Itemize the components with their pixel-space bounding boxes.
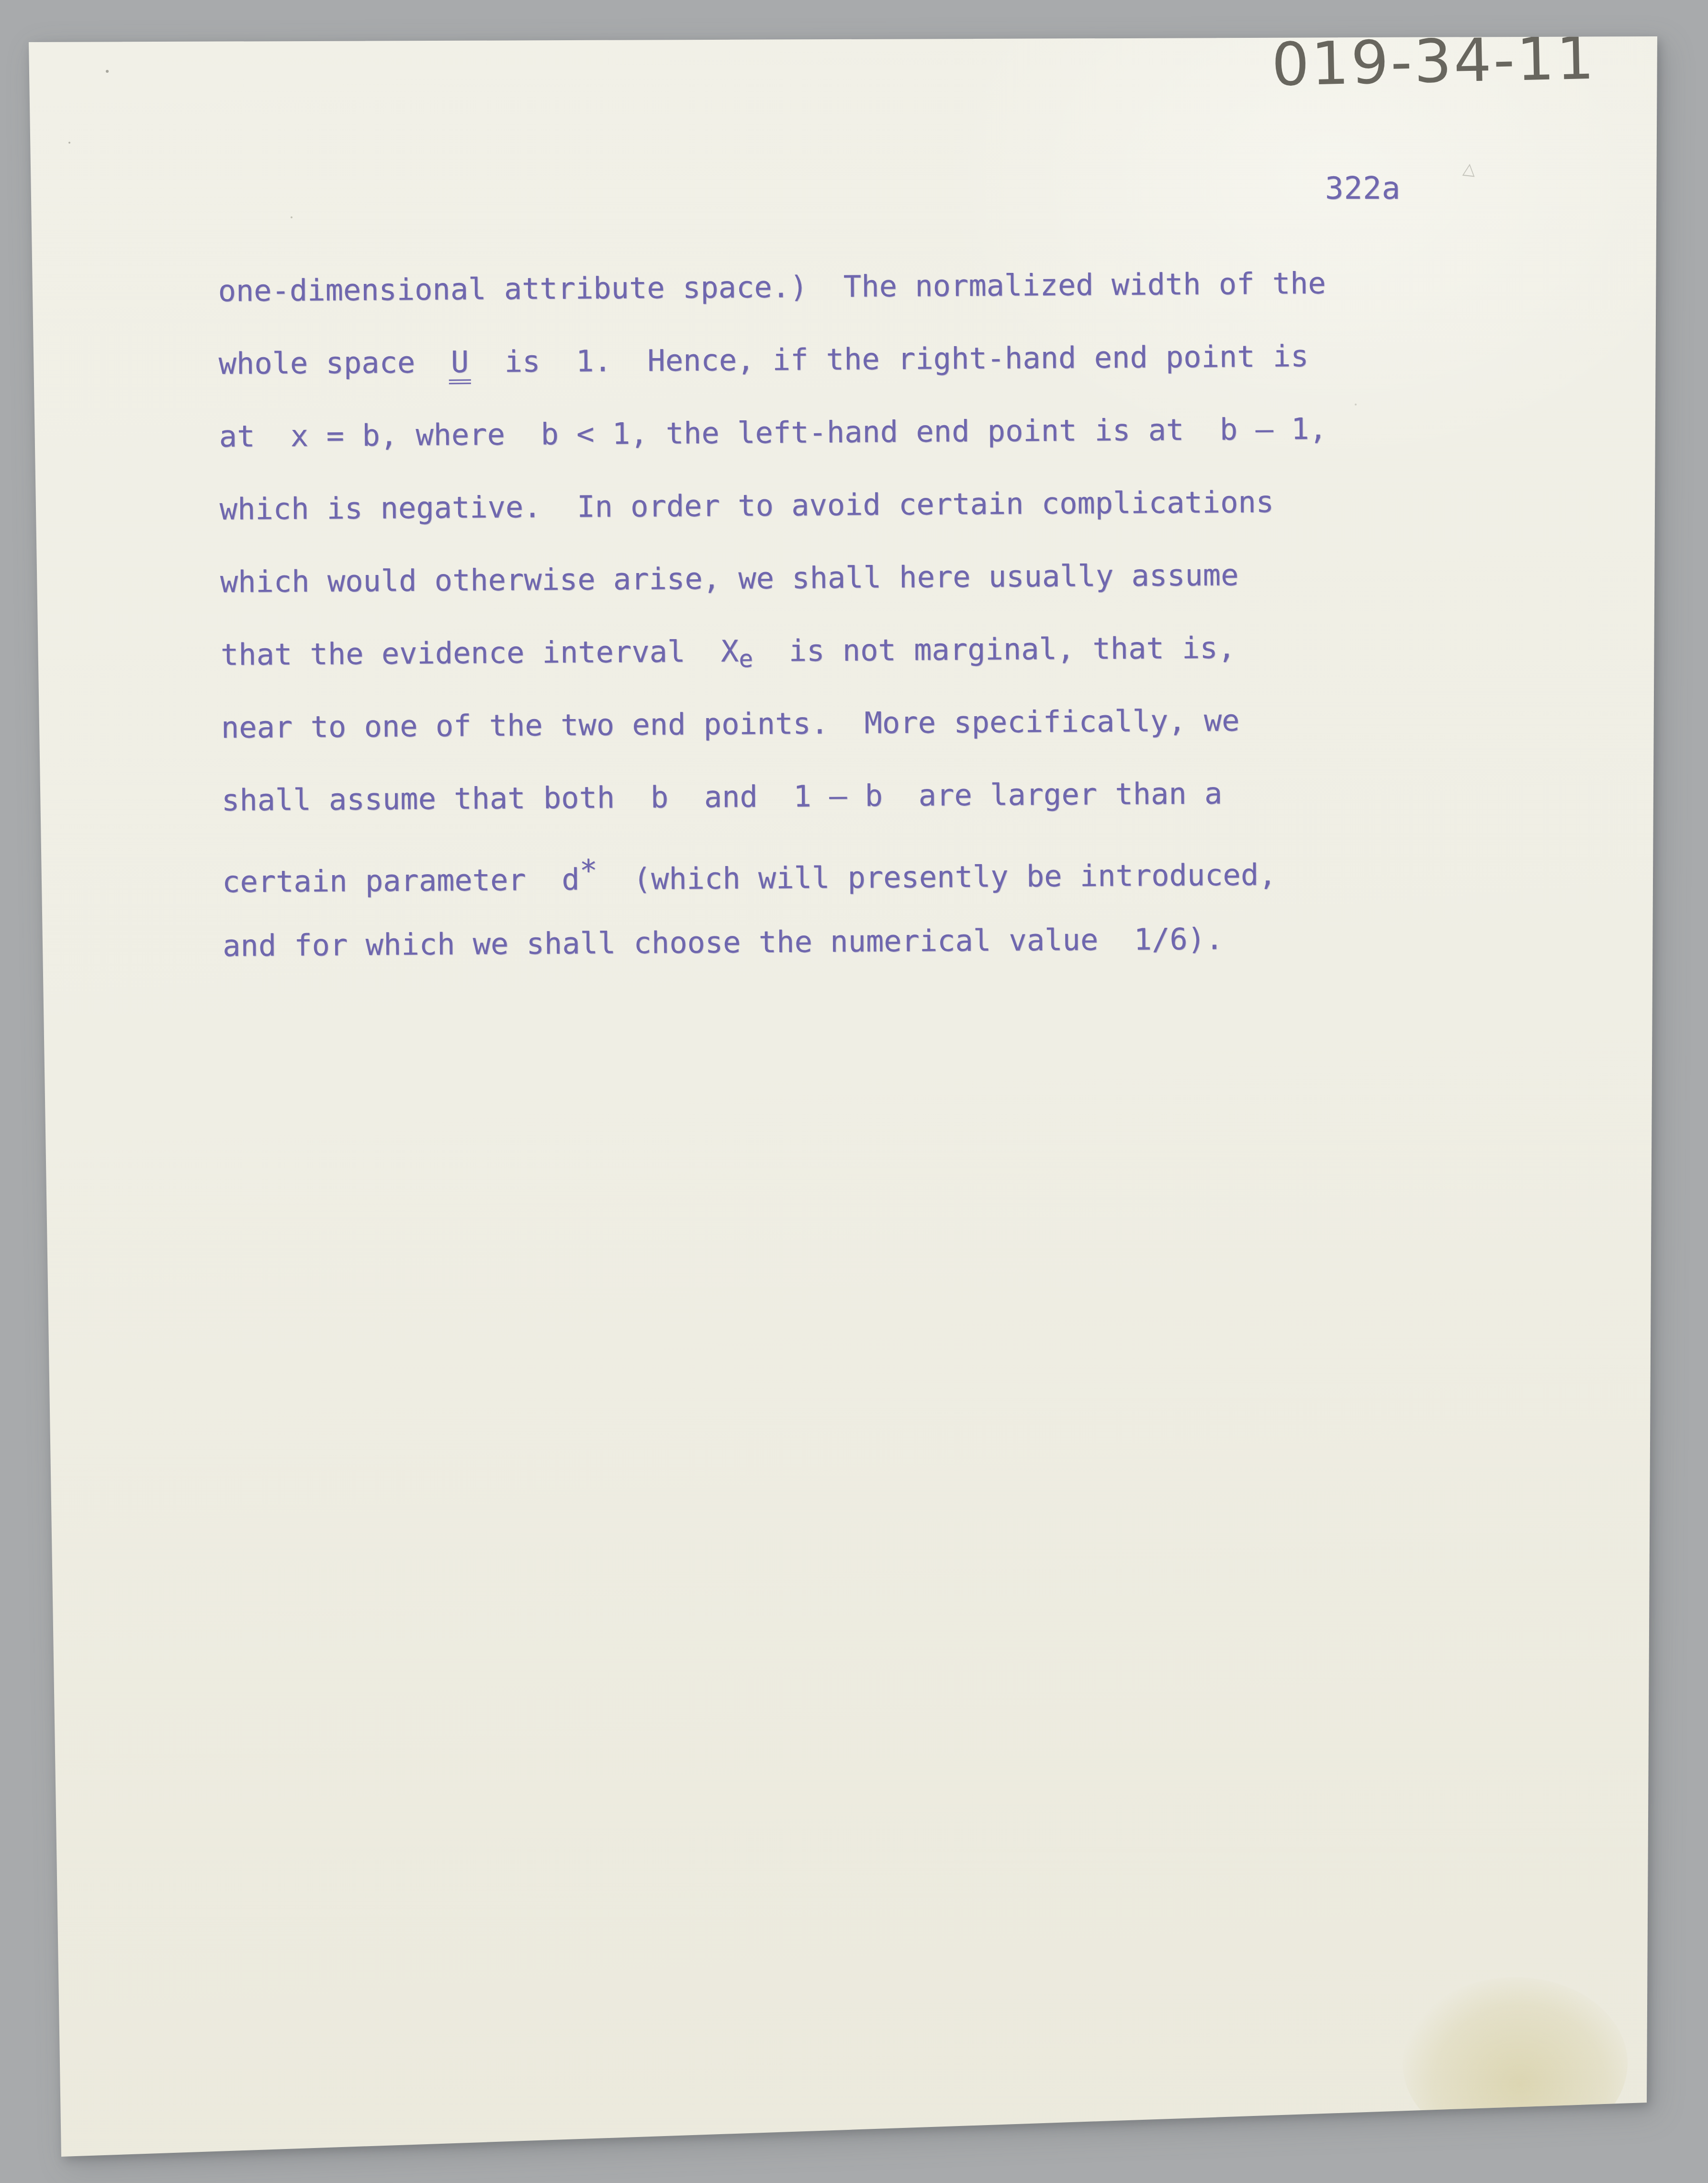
text-segment: certain parameter d [222, 862, 580, 899]
text-line: whole space U is 1. Hence, if the right-… [218, 320, 1326, 400]
text-segment: which is negative. In order to avoid cer… [219, 484, 1274, 527]
text-segment: whole space [218, 345, 451, 381]
text-segment: (which will presently be introduced, [597, 857, 1277, 897]
faint-pencil-mark: △ [1462, 160, 1476, 178]
page-number: 322a [1325, 173, 1401, 204]
paper-specks [0, 0, 2, 2]
text-line: which would otherwise arise, we shall he… [220, 538, 1328, 619]
text-line: one-dimensional attribute space.) The no… [218, 247, 1326, 327]
text-segment: is not marginal, that is, [753, 630, 1236, 668]
handwritten-catalog-number: 019-34-11 [1271, 29, 1596, 95]
paper-shadow-wrapper: 019-34-11 △ 322a one-dimensional attribu… [0, 0, 1708, 2183]
text-segment: near to one of the two end points. More … [221, 703, 1240, 745]
text-segment: one-dimensional attribute space.) The no… [218, 266, 1326, 308]
text-line: shall assume that both b and 1 — b are l… [221, 756, 1329, 837]
scan-background: { "page": { "annotation": "019-34-11", "… [0, 0, 1708, 2183]
text-segment: is 1. Hence, if the right-hand end point… [469, 338, 1309, 379]
text-line: near to one of the two end points. More … [221, 684, 1329, 764]
text-segment: shall assume that both b and 1 — b are l… [222, 776, 1223, 818]
styled-term: e [739, 645, 753, 673]
text-line: which is negative. In order to avoid cer… [219, 465, 1327, 546]
text-segment: which would otherwise arise, we shall he… [220, 557, 1239, 599]
text-segment: at x = b, where b < 1, the left-hand end… [219, 411, 1327, 454]
typewritten-paragraph: one-dimensional attribute space.) The no… [218, 247, 1331, 982]
text-line: certain parameter d* (which will present… [222, 829, 1330, 910]
paper-stain [1403, 1977, 1628, 2149]
text-segment: and for which we shall choose the numeri… [223, 921, 1224, 963]
text-line: that the evidence interval Xe is not mar… [220, 611, 1328, 691]
styled-term: U [449, 344, 471, 384]
document-page: 019-34-11 △ 322a one-dimensional attribu… [0, 0, 1708, 2183]
styled-term: * [579, 853, 597, 888]
text-segment: that the evidence interval X [221, 633, 739, 672]
text-line: and for which we shall choose the numeri… [223, 902, 1331, 982]
text-line: at x = b, where b < 1, the left-hand end… [219, 393, 1327, 473]
